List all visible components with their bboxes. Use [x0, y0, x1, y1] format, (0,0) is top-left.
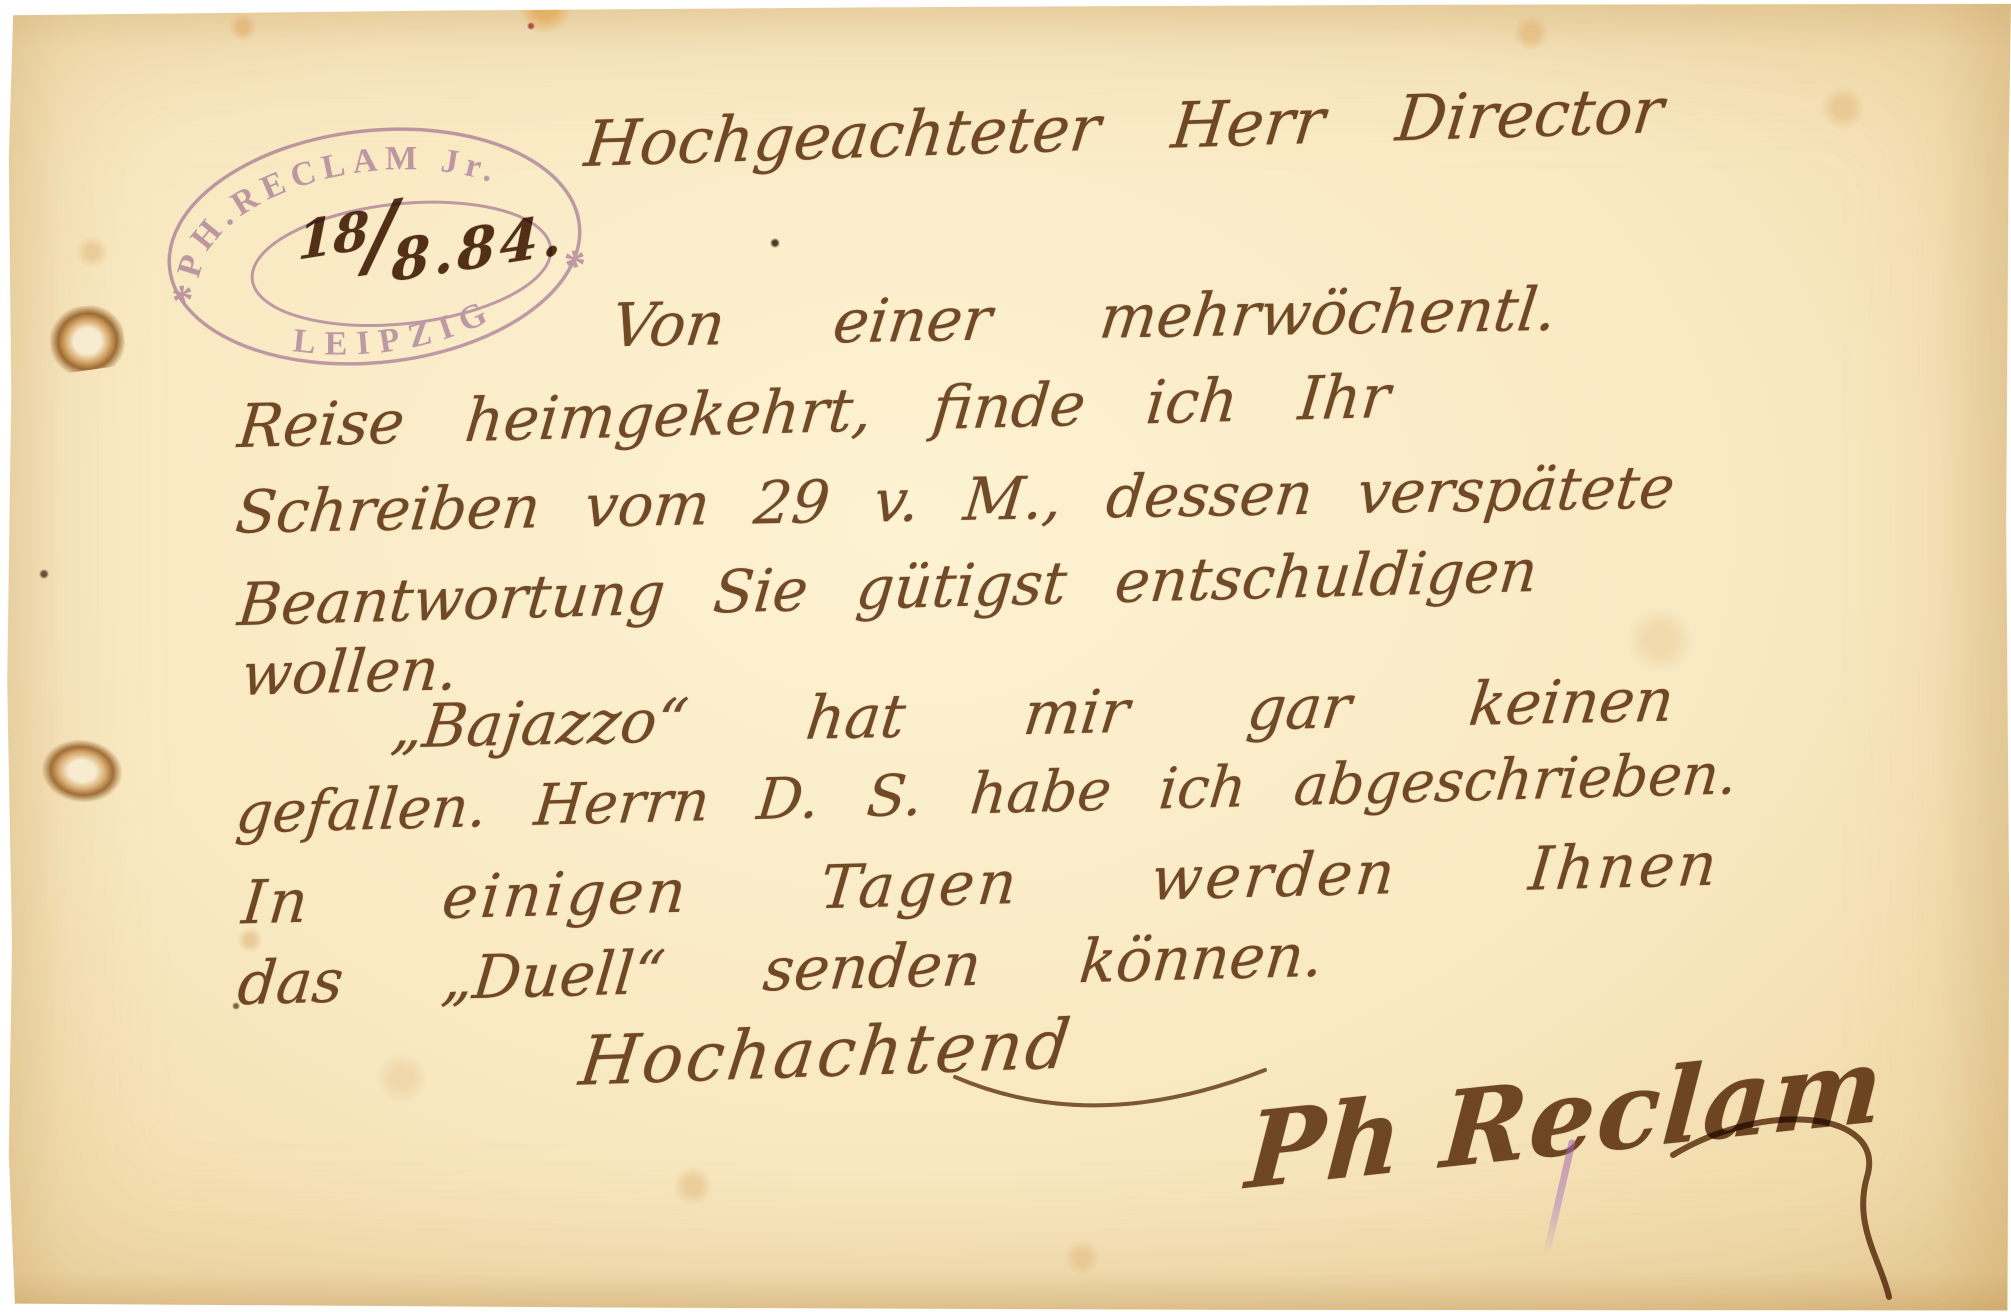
stamp-date-day: 18 — [297, 199, 370, 272]
stamp-bottom-text: LEIPZIG — [286, 289, 504, 370]
paper-hole-lower — [39, 736, 125, 806]
scan-edge-left — [0, 0, 16, 1312]
stamp-star-left: * — [170, 275, 197, 326]
letter-salutation: Hochgeachteter Herr Director — [582, 79, 1667, 176]
letter-line-1: Von einer mehrwöchentl. — [608, 280, 1559, 357]
letter-line-3: Schreiben vom 29 v. M., dessen verspätet… — [233, 457, 1678, 541]
letter-line-6: „Bajazzo“ hat mir gar keinen — [389, 670, 1678, 757]
stamp-star-right: * — [562, 240, 589, 291]
letter-closing: Hochachtend — [576, 1011, 1077, 1097]
letter-line-9: das „Duell“ senden können. — [235, 926, 1326, 1015]
scan-edge-bottom — [0, 1302, 2011, 1312]
scan-edge-top — [0, 0, 2011, 16]
stamp-bottom-textpath: LEIPZIG — [286, 289, 504, 370]
postcard-scan: PH.RECLAM Jr. LEIPZIG * * 18/8.84. Hochg… — [0, 0, 2011, 1312]
letter-line-8: In einigen Tagen werden Ihnen — [239, 835, 1722, 934]
paper-hole-upper — [46, 301, 128, 375]
letter-line-4: Beantwortung Sie gütigst entschuldigen — [235, 541, 1540, 634]
scan-edge-right — [2003, 0, 2011, 1312]
